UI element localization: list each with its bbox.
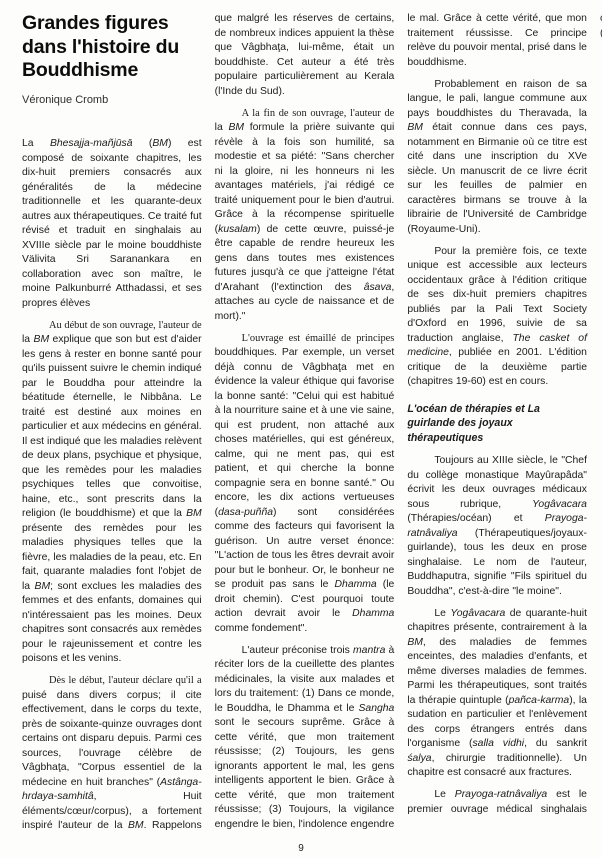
article-paragraph: Au début de son ouvrage, l'auteur de la … <box>22 319 202 667</box>
page-number: 9 <box>0 843 602 854</box>
section-heading: L'océan de thérapies et La guirlande des… <box>407 402 587 446</box>
article-body: Grandes figures dans l'histoire du Boudd… <box>22 12 587 842</box>
article-paragraph: L'ouvrage est émaillé de principes boudd… <box>215 332 395 637</box>
article-paragraph: Probablement en raison de sa langue, le … <box>407 78 587 238</box>
article-paragraph: Toujours au XIIIe siècle, le "Chef du co… <box>407 454 587 599</box>
article-paragraph: La Bhesajja-mañjūsā (BM) est composé de … <box>22 137 202 311</box>
article-author: Véronique Cromb <box>22 93 202 108</box>
article-paragraph: Le Yogâvacara de quarante-huit chapitres… <box>407 607 587 781</box>
article-title: Grandes figures dans l'histoire du Boudd… <box>22 12 202 83</box>
magazine-page: Grandes figures dans l'histoire du Boudd… <box>0 0 602 858</box>
article-text: La Bhesajja-mañjūsā (BM) est composé de … <box>22 12 602 842</box>
article-paragraph: A la fin de son ouvrage, l'auteur de la … <box>215 107 395 325</box>
article-paragraph: Pour la première fois, ce texte unique e… <box>407 245 587 390</box>
